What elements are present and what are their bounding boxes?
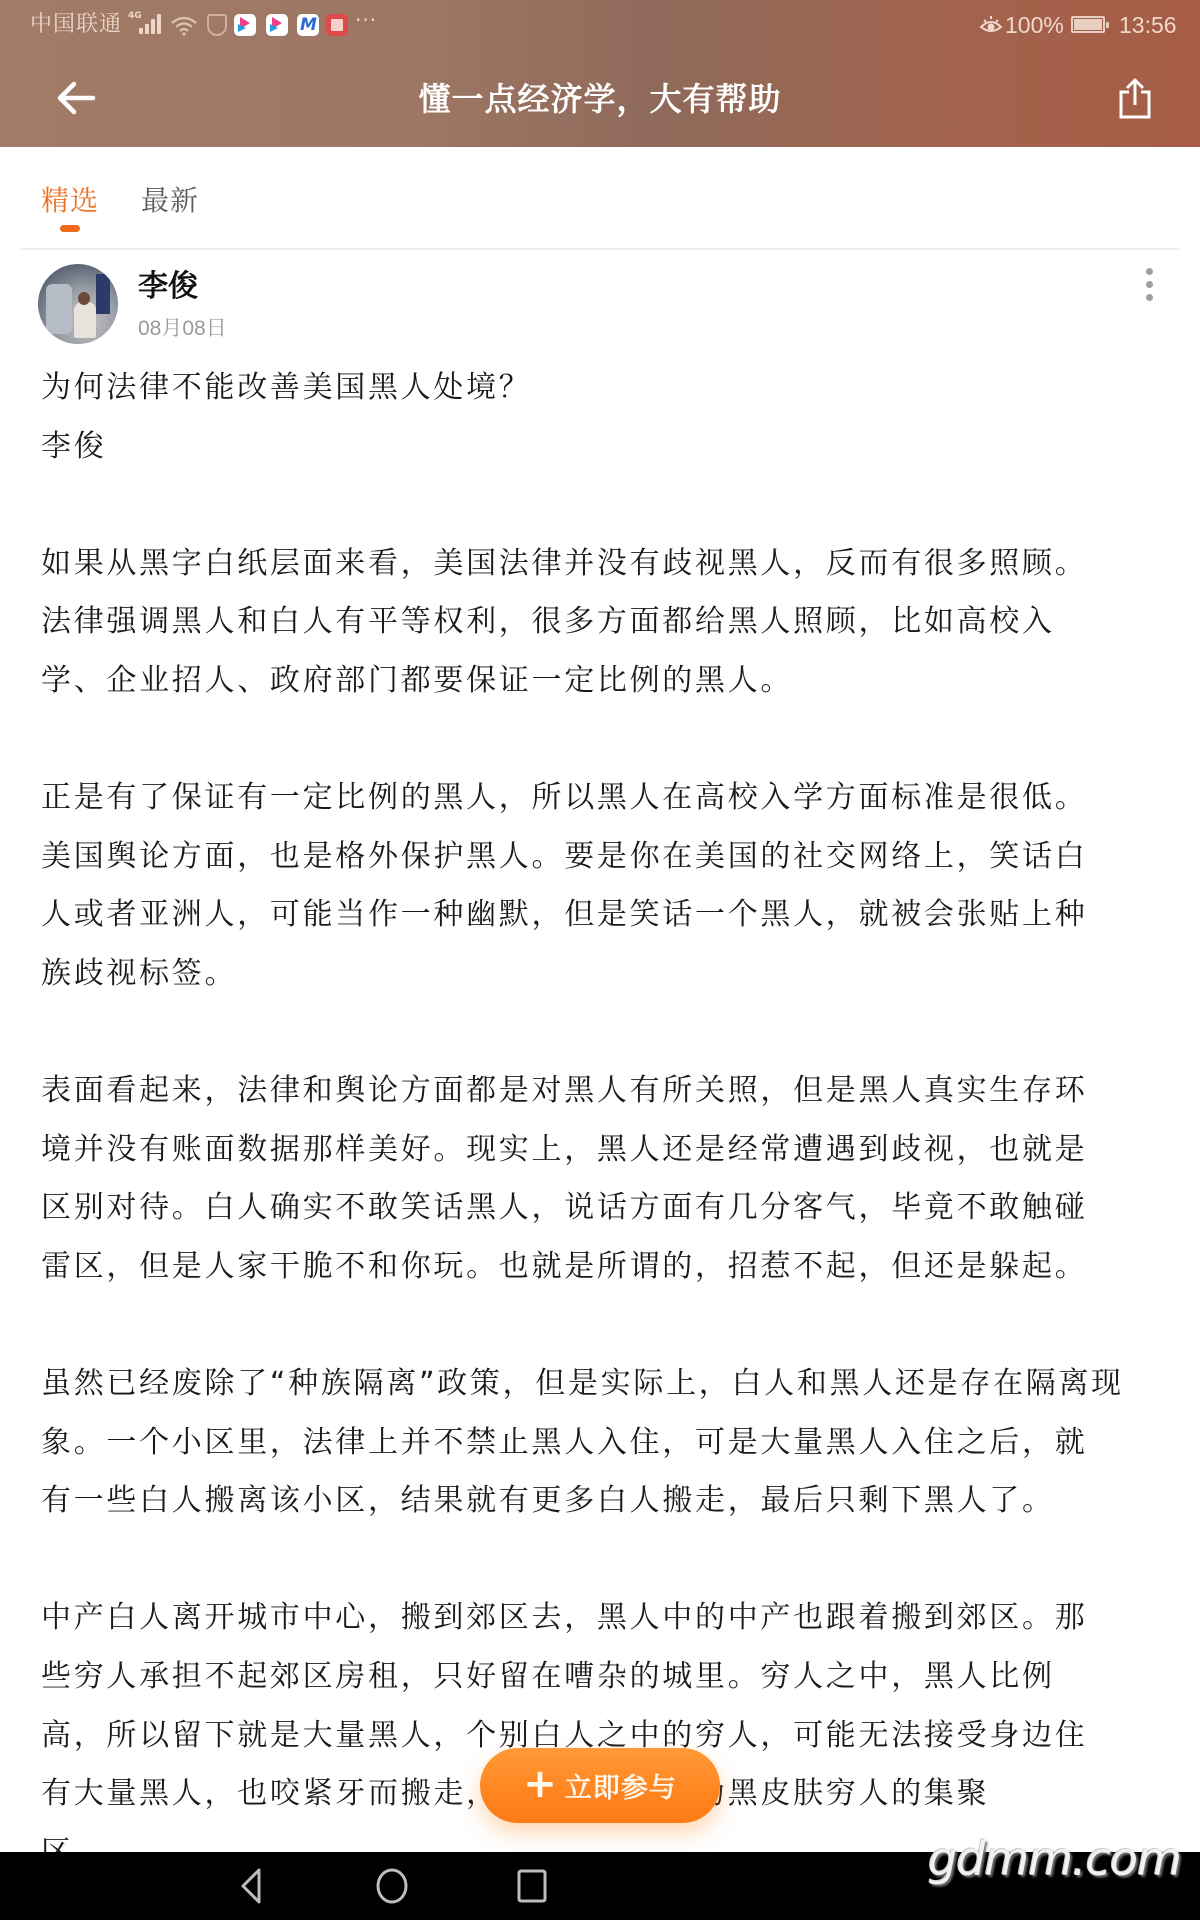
nav-back-button[interactable] xyxy=(232,1866,272,1906)
text-line: 雷区，但是人家干脆不和你玩。也就是所谓的，招惹不起，但还是躲起。 xyxy=(41,1238,1171,1297)
nav-recents-button[interactable] xyxy=(512,1866,552,1906)
nav-home-button[interactable] xyxy=(372,1866,412,1906)
text-line: 人或者亚洲人，可能当作一种幽默，但是笑话一个黑人，就被会张贴上种 xyxy=(41,886,1171,945)
content-tabs: 精选 最新 xyxy=(0,147,1200,250)
divider xyxy=(20,248,1180,250)
signal-icon xyxy=(137,14,163,36)
paragraph-gap xyxy=(41,476,1171,535)
tab-featured[interactable]: 精选 xyxy=(41,183,99,219)
paragraph-gap xyxy=(41,1297,1171,1356)
author-name[interactable]: 李俊 xyxy=(138,268,198,306)
screen: 中国联通 4G M ··· xyxy=(0,0,1200,1920)
youku-icon xyxy=(234,14,256,36)
home-circle-icon xyxy=(372,1866,412,1906)
text-line: 正是有了保证有一定比例的黑人，所以黑人在高校入学方面标准是很低。 xyxy=(41,769,1171,828)
eye-comfort-icon xyxy=(979,15,1003,35)
shield-icon xyxy=(207,14,227,36)
app-header: 中国联通 4G M ··· xyxy=(0,0,1200,147)
article-title: 为何法律不能改善美国黑人处境？ xyxy=(41,359,1171,418)
post-date: 08月08日 xyxy=(138,316,227,342)
status-bar: 中国联通 4G M ··· xyxy=(0,0,1200,50)
paragraph-gap xyxy=(41,1531,1171,1590)
avatar[interactable] xyxy=(38,264,118,344)
text-line: 表面看起来，法律和舆论方面都是对黑人有所关照，但是黑人真实生存环 xyxy=(41,1062,1171,1121)
more-options-button[interactable] xyxy=(1136,266,1162,304)
battery-percent: 100% xyxy=(1005,10,1064,40)
back-button[interactable] xyxy=(50,74,100,124)
arrow-left-icon xyxy=(50,74,100,124)
plus-icon: + xyxy=(523,1764,557,1804)
wifi-icon xyxy=(170,14,198,36)
text-line: 中产白人离开城市中心，搬到郊区去，黑人中的中产也跟着搬到郊区。那 xyxy=(41,1589,1171,1648)
text-line: 族歧视标签。 xyxy=(41,945,1171,1004)
text-line: 虽然已经废除了“种族隔离”政策，但是实际上，白人和黑人还是存在隔离现 xyxy=(41,1355,1171,1414)
tab-latest[interactable]: 最新 xyxy=(141,183,199,219)
text-line: 象。一个小区里，法律上并不禁止黑人入住，可是大量黑人入住之后，就 xyxy=(41,1414,1171,1473)
m-app-icon: M xyxy=(297,14,319,36)
youku-icon xyxy=(266,14,288,36)
page-title: 懂一点经济学，大有帮助 xyxy=(200,78,1000,120)
title-bar: 懂一点经济学，大有帮助 xyxy=(0,50,1200,147)
text-line: 美国舆论方面，也是格外保护黑人。要是你在美国的社交网络上，笑话白 xyxy=(41,828,1171,887)
share-icon xyxy=(1110,74,1160,124)
more-notifications-icon: ··· xyxy=(355,8,377,32)
back-triangle-icon xyxy=(232,1866,272,1906)
text-line: 区别对待。白人确实不敢笑话黑人，说话方面有几分客气，毕竟不敢触碰 xyxy=(41,1179,1171,1238)
join-now-button[interactable]: + 立即参与 xyxy=(480,1748,720,1823)
paragraph-gap xyxy=(41,711,1171,770)
text-line: 有一些白人搬离该小区，结果就有更多白人搬走，最后只剩下黑人了。 xyxy=(41,1472,1171,1531)
text-line: 些穷人承担不起郊区房租，只好留在嘈杂的城里。穷人之中，黑人比例 xyxy=(41,1648,1171,1707)
article-body: 为何法律不能改善美国黑人处境？ 李俊 如果从黑字白纸层面来看，美国法律并没有歧视… xyxy=(41,359,1171,1882)
article-byline: 李俊 xyxy=(41,418,1171,477)
join-now-label: 立即参与 xyxy=(565,1766,677,1805)
share-button[interactable] xyxy=(1110,74,1160,124)
watermark: gdmm.com xyxy=(928,1832,1181,1886)
red-app-icon xyxy=(326,14,348,36)
text-line: 境并没有账面数据那样美好。现实上，黑人还是经常遭遇到歧视，也就是 xyxy=(41,1121,1171,1180)
carrier-label: 中国联通 xyxy=(30,11,122,39)
active-tab-indicator xyxy=(60,225,80,232)
recents-square-icon xyxy=(512,1866,552,1906)
text-line: 学、企业招人、政府部门都要保证一定比例的黑人。 xyxy=(41,652,1171,711)
text-line: 如果从黑字白纸层面来看，美国法律并没有歧视黑人，反而有很多照顾。 xyxy=(41,535,1171,594)
paragraph-gap xyxy=(41,1004,1171,1063)
clock: 13:56 xyxy=(1119,10,1177,40)
text-line: 法律强调黑人和白人有平等权利，很多方面都给黑人照顾，比如高校入 xyxy=(41,593,1171,652)
battery-icon xyxy=(1071,16,1105,33)
